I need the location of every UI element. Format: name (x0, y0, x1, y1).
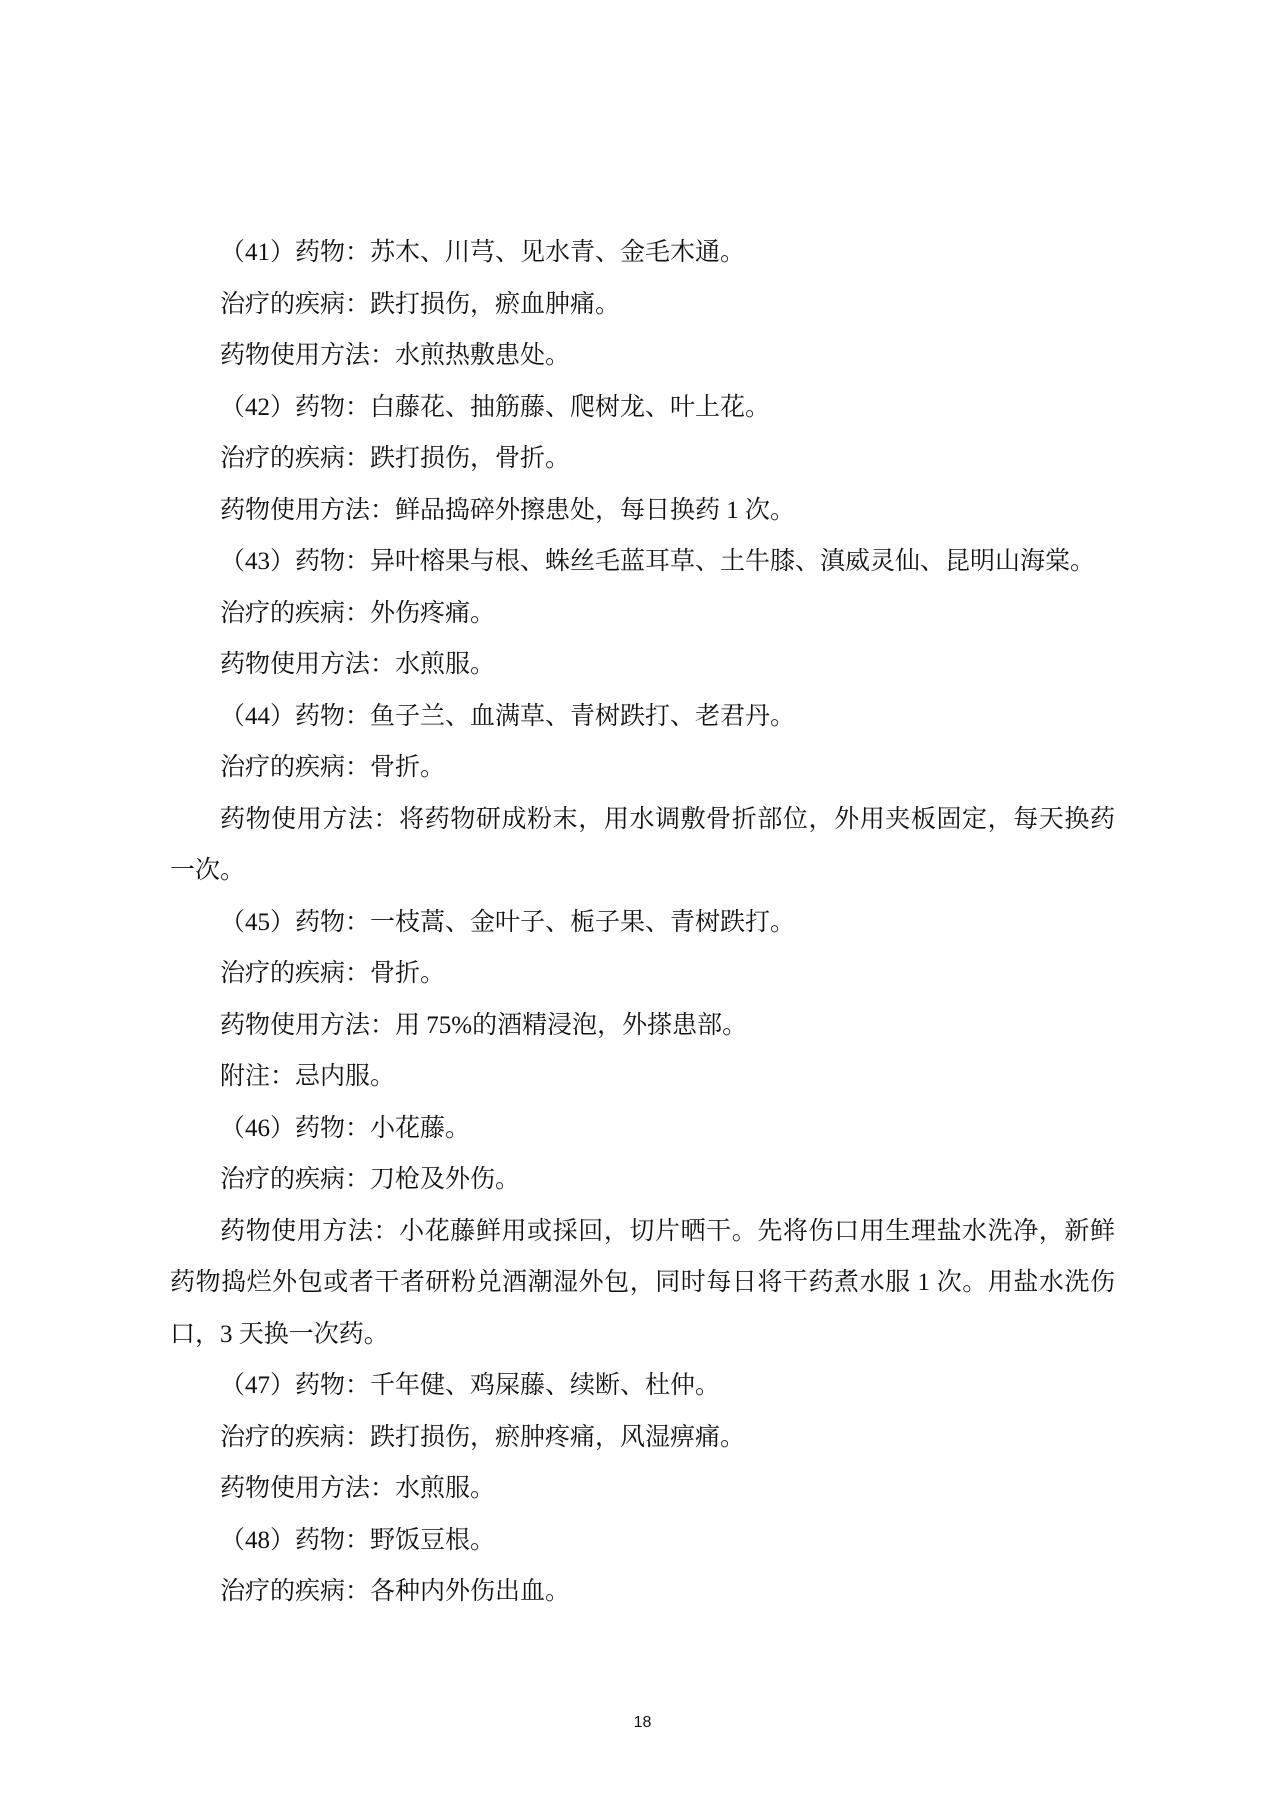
document-body: （41）药物：苏木、川芎、见水青、金毛木通。 治疗的疾病：跌打损伤，瘀血肿痛。 … (170, 227, 1115, 1618)
para-42-disease: 治疗的疾病：跌打损伤，骨折。 (170, 433, 1115, 485)
para-48-disease: 治疗的疾病：各种内外伤出血。 (170, 1566, 1115, 1618)
para-42-method: 药物使用方法：鲜品捣碎外擦患处，每日换药 1 次。 (170, 485, 1115, 537)
para-43-disease: 治疗的疾病：外伤疼痛。 (170, 588, 1115, 640)
para-43-drugs: （43）药物：异叶榕果与根、蛛丝毛蓝耳草、土牛膝、滇威灵仙、昆明山海棠。 (170, 536, 1115, 588)
para-46-drugs: （46）药物：小花藤。 (170, 1103, 1115, 1155)
page-number: 18 (170, 1712, 1115, 1734)
para-43-method: 药物使用方法：水煎服。 (170, 639, 1115, 691)
para-46-method: 药物使用方法：小花藤鲜用或採回，切片晒干。先将伤口用生理盐水洗净，新鲜药物捣烂外… (170, 1206, 1115, 1361)
para-41-disease: 治疗的疾病：跌打损伤，瘀血肿痛。 (170, 279, 1115, 331)
para-42-drugs: （42）药物：白藤花、抽筋藤、爬树龙、叶上花。 (170, 382, 1115, 434)
para-45-method: 药物使用方法：用 75%的酒精浸泡，外搽患部。 (170, 1000, 1115, 1052)
para-44-drugs: （44）药物：鱼子兰、血满草、青树跌打、老君丹。 (170, 691, 1115, 743)
para-45-note: 附注：忌内服。 (170, 1051, 1115, 1103)
para-47-method: 药物使用方法：水煎服。 (170, 1463, 1115, 1515)
para-46-disease: 治疗的疾病：刀枪及外伤。 (170, 1154, 1115, 1206)
para-45-disease: 治疗的疾病：骨折。 (170, 948, 1115, 1000)
para-48-drugs: （48）药物：野饭豆根。 (170, 1515, 1115, 1567)
para-41-method: 药物使用方法：水煎热敷患处。 (170, 330, 1115, 382)
para-45-drugs: （45）药物：一枝蒿、金叶子、栀子果、青树跌打。 (170, 897, 1115, 949)
document-page: （41）药物：苏木、川芎、见水青、金毛木通。 治疗的疾病：跌打损伤，瘀血肿痛。 … (0, 0, 1274, 1801)
para-47-drugs: （47）药物：千年健、鸡屎藤、续断、杜仲。 (170, 1360, 1115, 1412)
para-44-disease: 治疗的疾病：骨折。 (170, 742, 1115, 794)
para-44-method: 药物使用方法：将药物研成粉末，用水调敷骨折部位，外用夹板固定，每天换药一次。 (170, 794, 1115, 897)
para-47-disease: 治疗的疾病：跌打损伤，瘀肿疼痛，风湿痹痛。 (170, 1412, 1115, 1464)
para-41-drugs: （41）药物：苏木、川芎、见水青、金毛木通。 (170, 227, 1115, 279)
